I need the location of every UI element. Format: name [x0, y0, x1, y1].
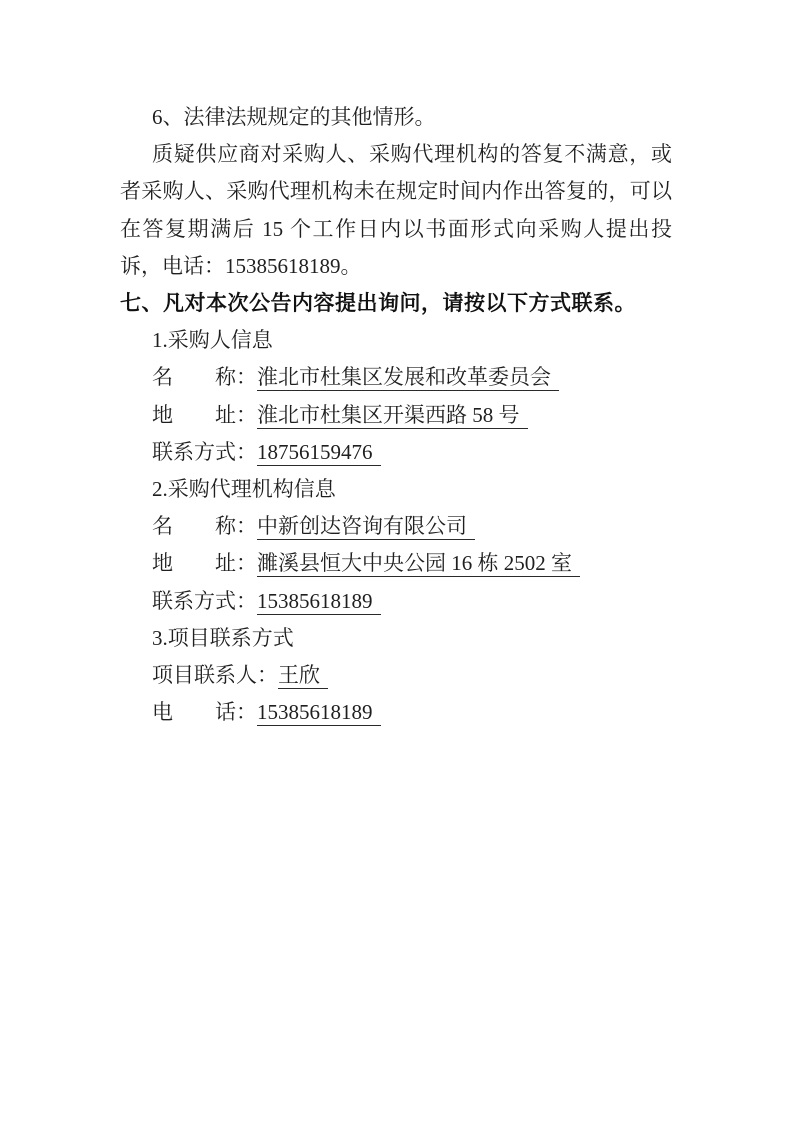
agency-address-label: 地 址： — [152, 551, 257, 575]
purchaser-address-value: 淮北市杜集区开渠西路 58 号 — [257, 403, 528, 429]
agency-info-section: 2.采购代理机构信息 名 称：中新创达咨询有限公司 地 址：濉溪县恒大中央公园 … — [120, 471, 672, 620]
purchaser-info-title: 1.采购人信息 — [152, 322, 672, 359]
purchaser-name-label: 名 称： — [152, 365, 257, 389]
agency-phone-value: 15385618189 — [257, 589, 381, 615]
purchaser-address-row: 地 址：淮北市杜集区开渠西路 58 号 — [152, 397, 672, 434]
purchaser-phone-row: 联系方式：18756159476 — [152, 434, 672, 471]
agency-name-label: 名 称： — [152, 514, 257, 538]
complaint-paragraph: 质疑供应商对采购人、采购代理机构的答复不满意，或者采购人、采购代理机构未在规定时… — [120, 136, 672, 285]
agency-address-value: 濉溪县恒大中央公园 16 栋 2502 室 — [257, 551, 580, 577]
project-contact-person-value: 王欣 — [278, 663, 328, 689]
purchaser-address-label: 地 址： — [152, 403, 257, 427]
document-page: 6、法律法规规定的其他情形。 质疑供应商对采购人、采购代理机构的答复不满意，或者… — [0, 0, 793, 1122]
agency-phone-label: 联系方式： — [152, 589, 257, 613]
purchaser-phone-value: 18756159476 — [257, 440, 381, 466]
project-contact-person-label: 项目联系人： — [152, 663, 278, 687]
project-contact-title: 3.项目联系方式 — [152, 620, 672, 657]
section-7-heading: 七、凡对本次公告内容提出询问，请按以下方式联系。 — [120, 285, 672, 322]
project-contact-person-row: 项目联系人：王欣 — [152, 657, 672, 694]
agency-name-value: 中新创达咨询有限公司 — [257, 514, 475, 540]
purchaser-phone-label: 联系方式： — [152, 440, 257, 464]
project-phone-label: 电 话： — [152, 700, 257, 724]
agency-phone-row: 联系方式：15385618189 — [152, 583, 672, 620]
purchaser-name-row: 名 称：淮北市杜集区发展和改革委员会 — [152, 359, 672, 396]
project-phone-value: 15385618189 — [257, 700, 381, 726]
agency-address-row: 地 址：濉溪县恒大中央公园 16 栋 2502 室 — [152, 545, 672, 582]
project-contact-section: 3.项目联系方式 项目联系人：王欣 电 话：15385618189 — [120, 620, 672, 732]
purchaser-name-value: 淮北市杜集区发展和改革委员会 — [257, 365, 559, 391]
purchaser-info-section: 1.采购人信息 名 称：淮北市杜集区发展和改革委员会 地 址：淮北市杜集区开渠西… — [120, 322, 672, 471]
project-phone-row: 电 话：15385618189 — [152, 694, 672, 731]
clause-6-line: 6、法律法规规定的其他情形。 — [120, 99, 672, 136]
agency-name-row: 名 称：中新创达咨询有限公司 — [152, 508, 672, 545]
agency-info-title: 2.采购代理机构信息 — [152, 471, 672, 508]
